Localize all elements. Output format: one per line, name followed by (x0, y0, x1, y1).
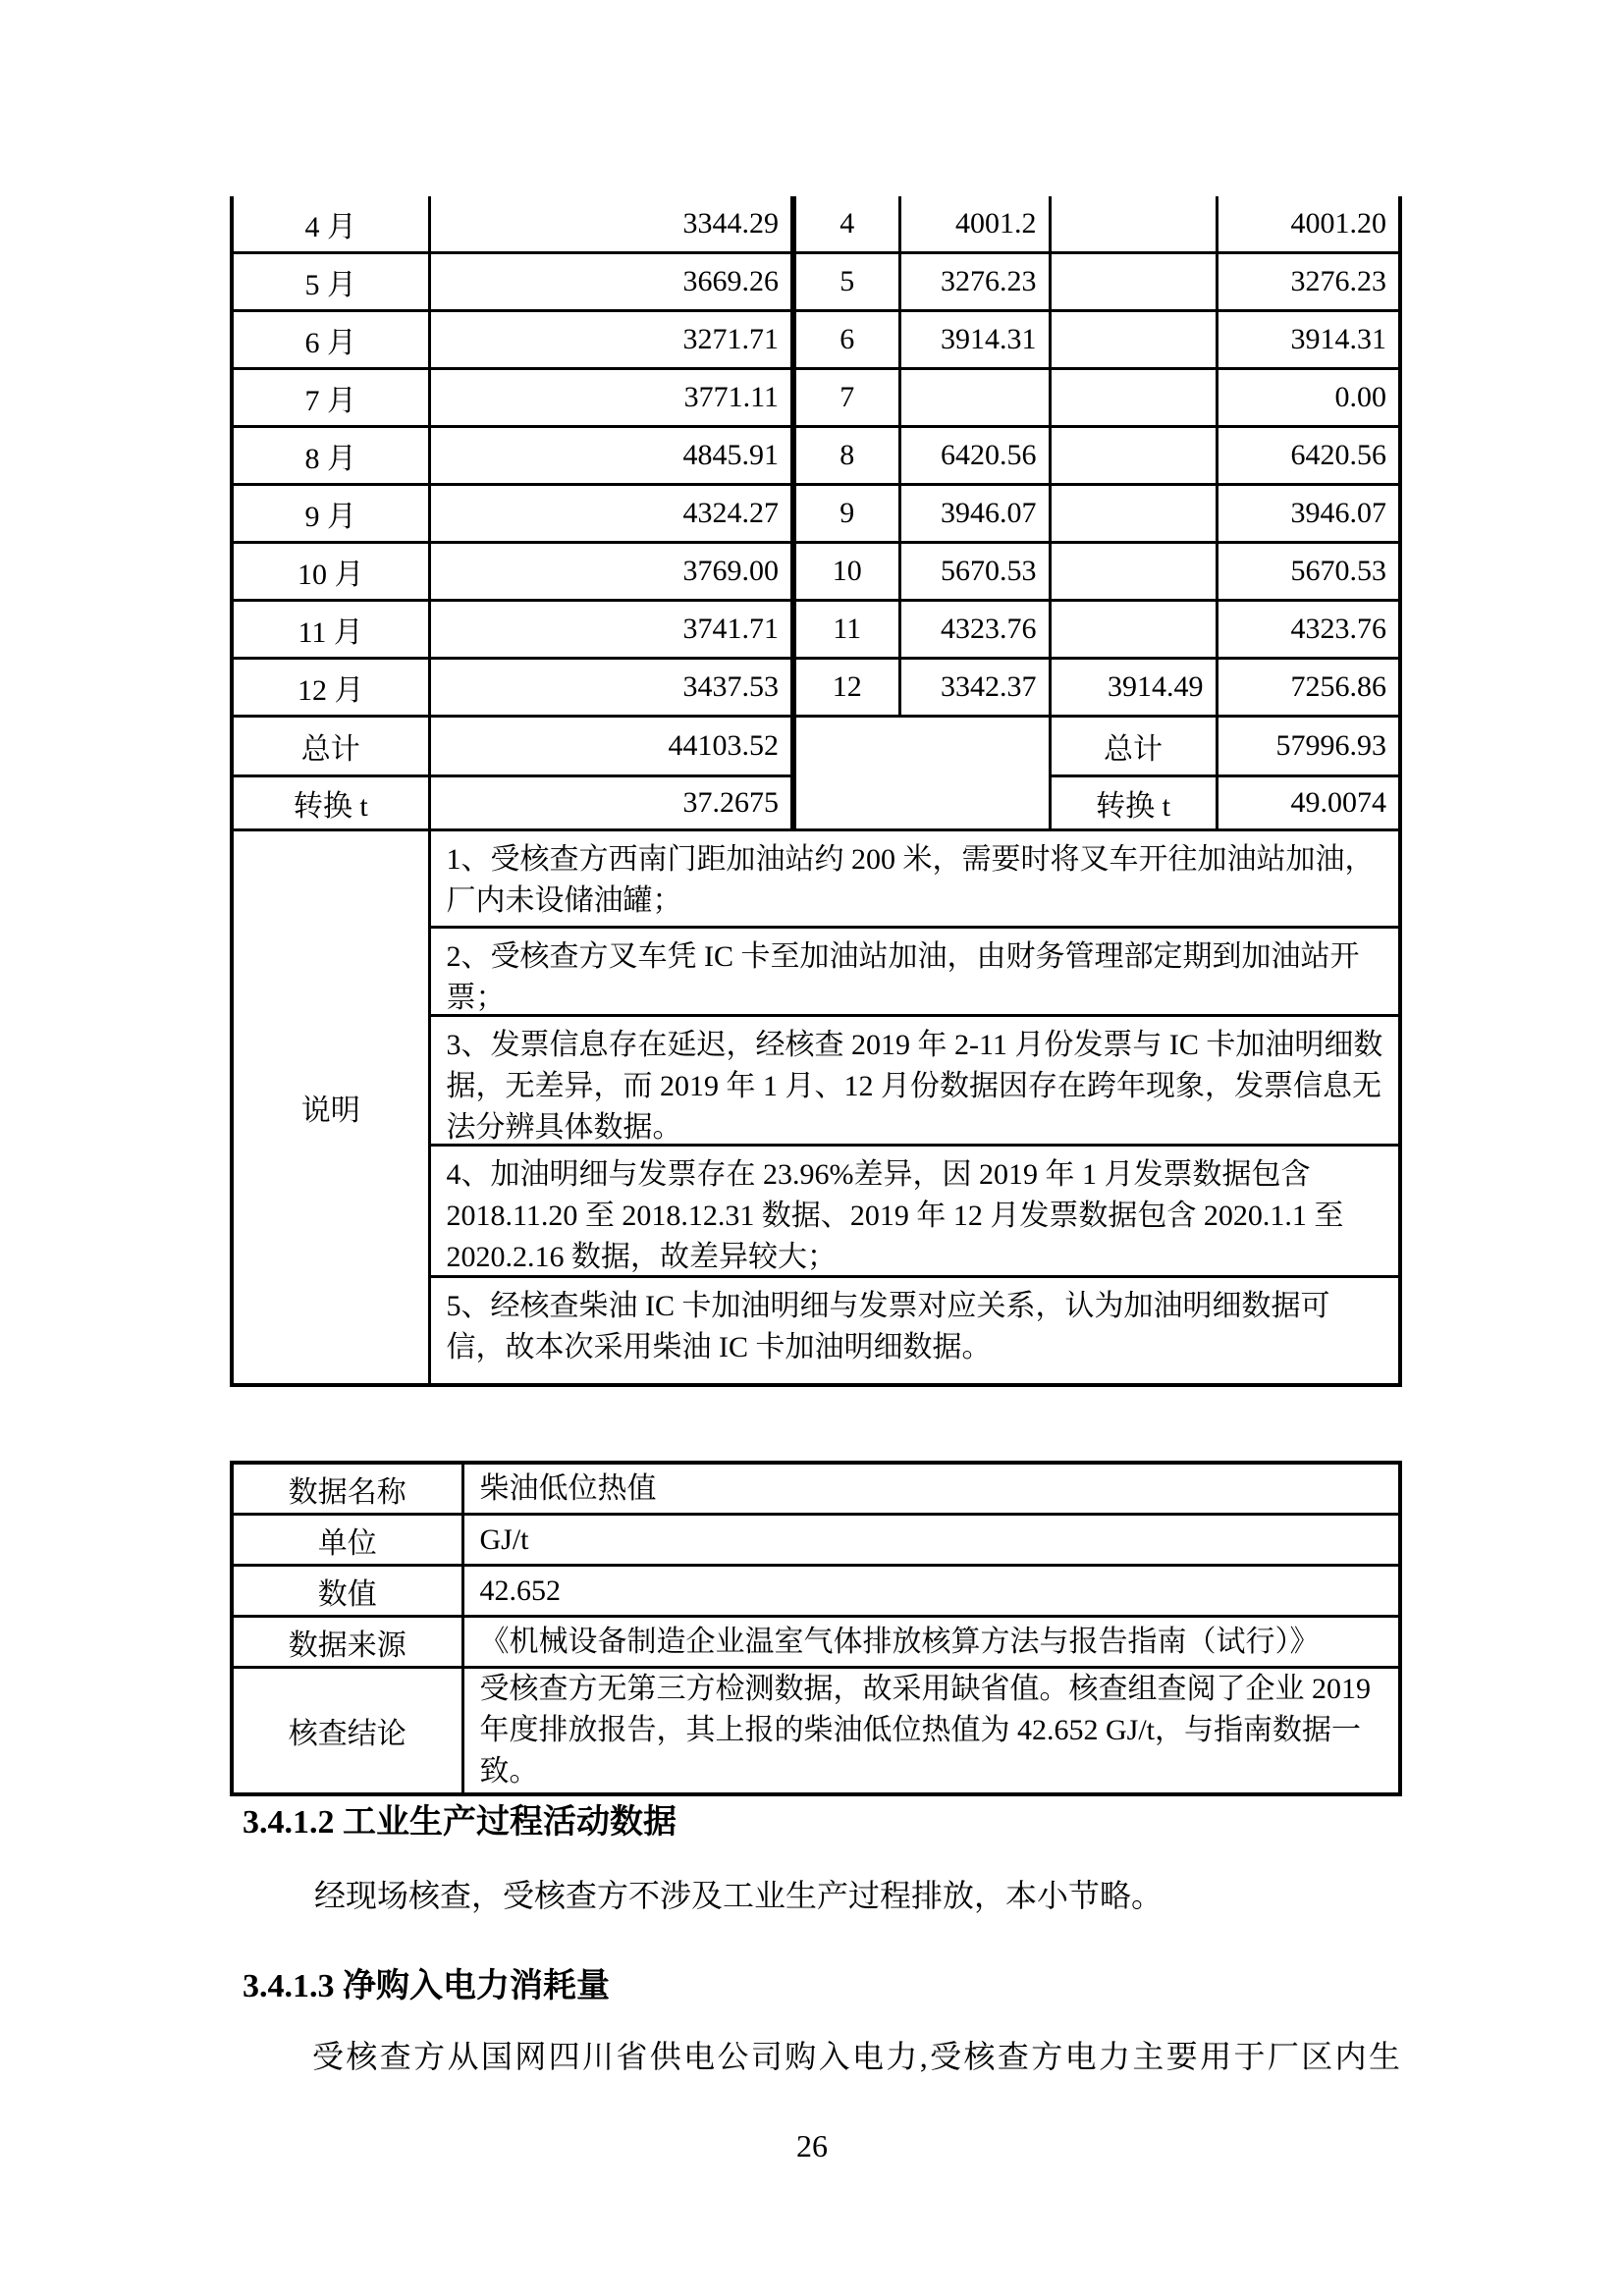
total-amount-cell: 5670.53 (1217, 543, 1400, 601)
invoice-sum-cell: 44103.52 (429, 717, 793, 776)
table-row: 5 月 3669.26 5 3276.23 3276.23 (232, 253, 1400, 311)
adjustment-cell (1050, 427, 1217, 485)
invoice-amount-cell: 3669.26 (429, 253, 793, 311)
parameter-table: 数据名称 柴油低位热值 单位 GJ/t 数值 42.652 数据来源 《机械设备… (230, 1461, 1402, 1796)
month-index-cell: 10 (793, 543, 899, 601)
param-value-cell: 42.652 (462, 1566, 1400, 1617)
total-amount-cell: 3946.07 (1217, 485, 1400, 543)
adjustment-cell: 3914.49 (1050, 659, 1217, 717)
adjustment-cell (1050, 601, 1217, 659)
month-cell: 7 月 (232, 369, 429, 427)
table-row: 9 月 4324.27 9 3946.07 3946.07 (232, 485, 1400, 543)
total-amount-cell: 4323.76 (1217, 601, 1400, 659)
adjustment-cell (1050, 543, 1217, 601)
table-row: 核查结论 受核查方无第三方检测数据，故采用缺省值。核查组查阅了企业 2019 年… (232, 1668, 1400, 1795)
note-item: 5、经核查柴油 IC 卡加油明细与发票对应关系，认为加油明细数据可信，故本次采用… (431, 1275, 1399, 1383)
invoice-conversion-cell: 37.2675 (429, 776, 793, 830)
note-item: 1、受核查方西南门距加油站约 200 米，需要时将叉车开往加油站加油，厂内未设储… (431, 831, 1399, 926)
adjustment-cell (1050, 369, 1217, 427)
month-cell: 11 月 (232, 601, 429, 659)
table-row: 数据来源 《机械设备制造企业温室气体排放核算方法与报告指南（试行）》 (232, 1617, 1400, 1668)
param-value-cell: 受核查方无第三方检测数据，故采用缺省值。核查组查阅了企业 2019 年度排放报告… (462, 1668, 1400, 1795)
param-label-cell: 数据名称 (232, 1463, 462, 1515)
total-amount-cell: 4001.20 (1217, 196, 1400, 253)
invoice-amount-cell: 3771.11 (429, 369, 793, 427)
month-index-cell: 8 (793, 427, 899, 485)
param-value-cell: 《机械设备制造企业温室气体排放核算方法与报告指南（试行）》 (462, 1617, 1400, 1668)
card-amount-cell: 3342.37 (899, 659, 1050, 717)
param-value-cell: GJ/t (462, 1515, 1400, 1566)
param-value-cell: 柴油低位热值 (462, 1463, 1400, 1515)
notes-row: 说明 1、受核查方西南门距加油站约 200 米，需要时将叉车开往加油站加油，厂内… (232, 830, 1400, 1386)
card-amount-cell: 4323.76 (899, 601, 1050, 659)
card-amount-cell: 6420.56 (899, 427, 1050, 485)
month-cell: 10 月 (232, 543, 429, 601)
month-index-cell: 5 (793, 253, 899, 311)
month-cell: 9 月 (232, 485, 429, 543)
page-number: 26 (0, 2128, 1624, 2164)
note-item: 3、发票信息存在延迟，经核查 2019 年 2-11 月份发票与 IC 卡加油明… (431, 1014, 1399, 1144)
card-amount-cell: 3914.31 (899, 311, 1050, 369)
total-amount-cell: 3276.23 (1217, 253, 1400, 311)
card-amount-cell: 5670.53 (899, 543, 1050, 601)
sum-row: 总计 44103.52 总计 57996.93 (232, 717, 1400, 776)
notes-cell: 1、受核查方西南门距加油站约 200 米，需要时将叉车开往加油站加油，厂内未设储… (429, 830, 1400, 1386)
param-label-cell: 核查结论 (232, 1668, 462, 1795)
section-paragraph-industrial-process: 经现场核查，受核查方不涉及工业生产过程排放，本小节略。 (314, 1871, 1163, 1916)
section-heading-purchased-electricity: 3.4.1.3 净购入电力消耗量 (243, 1958, 610, 2006)
month-cell: 6 月 (232, 311, 429, 369)
table-row: 数据名称 柴油低位热值 (232, 1463, 1400, 1515)
note-item: 4、加油明细与发票存在 23.96%差异，因 2019 年 1 月发票数据包含 … (431, 1144, 1399, 1275)
param-label-cell: 数据来源 (232, 1617, 462, 1668)
month-index-cell: 6 (793, 311, 899, 369)
note-item: 2、受核查方叉车凭 IC 卡至加油站加油，由财务管理部定期到加油站开票； (431, 926, 1399, 1014)
total-amount-cell: 7256.86 (1217, 659, 1400, 717)
table-row: 11 月 3741.71 11 4323.76 4323.76 (232, 601, 1400, 659)
invoice-amount-cell: 3769.00 (429, 543, 793, 601)
invoice-amount-cell: 3437.53 (429, 659, 793, 717)
table-row: 6 月 3271.71 6 3914.31 3914.31 (232, 311, 1400, 369)
invoice-amount-cell: 4845.91 (429, 427, 793, 485)
sum-label-right: 总计 (1050, 717, 1217, 776)
table-row: 12 月 3437.53 12 3342.37 3914.49 7256.86 (232, 659, 1400, 717)
merged-empty-cell (793, 717, 1050, 830)
table-row: 7 月 3771.11 7 0.00 (232, 369, 1400, 427)
section-heading-industrial-process: 3.4.1.2 工业生产过程活动数据 (243, 1794, 677, 1842)
conversion-label: 转换 t (232, 776, 429, 830)
invoice-amount-cell: 3271.71 (429, 311, 793, 369)
document-page: 4 月 3344.29 4 4001.2 4001.20 5 月 3669.26… (0, 0, 1624, 2296)
month-cell: 4 月 (232, 196, 429, 253)
month-cell: 8 月 (232, 427, 429, 485)
table-row: 10 月 3769.00 10 5670.53 5670.53 (232, 543, 1400, 601)
table-row: 8 月 4845.91 8 6420.56 6420.56 (232, 427, 1400, 485)
card-amount-cell: 3946.07 (899, 485, 1050, 543)
table-row: 单位 GJ/t (232, 1515, 1400, 1566)
card-amount-cell: 3276.23 (899, 253, 1050, 311)
total-conversion-cell: 49.0074 (1217, 776, 1400, 830)
month-index-cell: 11 (793, 601, 899, 659)
adjustment-cell (1050, 311, 1217, 369)
param-label-cell: 数值 (232, 1566, 462, 1617)
fuel-consumption-table: 4 月 3344.29 4 4001.2 4001.20 5 月 3669.26… (230, 196, 1402, 1387)
invoice-amount-cell: 3741.71 (429, 601, 793, 659)
table-row: 数值 42.652 (232, 1566, 1400, 1617)
invoice-amount-cell: 4324.27 (429, 485, 793, 543)
total-amount-cell: 6420.56 (1217, 427, 1400, 485)
total-sum-cell: 57996.93 (1217, 717, 1400, 776)
invoice-amount-cell: 3344.29 (429, 196, 793, 253)
total-amount-cell: 0.00 (1217, 369, 1400, 427)
section-paragraph-purchased-electricity: 受核查方从国网四川省供电公司购入电力,受核查方电力主要用于厂区内生 (312, 2032, 1400, 2077)
sum-label: 总计 (232, 717, 429, 776)
param-label-cell: 单位 (232, 1515, 462, 1566)
notes-label: 说明 (232, 830, 429, 1386)
adjustment-cell (1050, 485, 1217, 543)
adjustment-cell (1050, 196, 1217, 253)
month-cell: 5 月 (232, 253, 429, 311)
month-index-cell: 7 (793, 369, 899, 427)
conversion-label-right: 转换 t (1050, 776, 1217, 830)
card-amount-cell (899, 369, 1050, 427)
table-row: 4 月 3344.29 4 4001.2 4001.20 (232, 196, 1400, 253)
month-index-cell: 9 (793, 485, 899, 543)
adjustment-cell (1050, 253, 1217, 311)
month-index-cell: 4 (793, 196, 899, 253)
month-index-cell: 12 (793, 659, 899, 717)
total-amount-cell: 3914.31 (1217, 311, 1400, 369)
month-cell: 12 月 (232, 659, 429, 717)
card-amount-cell: 4001.2 (899, 196, 1050, 253)
